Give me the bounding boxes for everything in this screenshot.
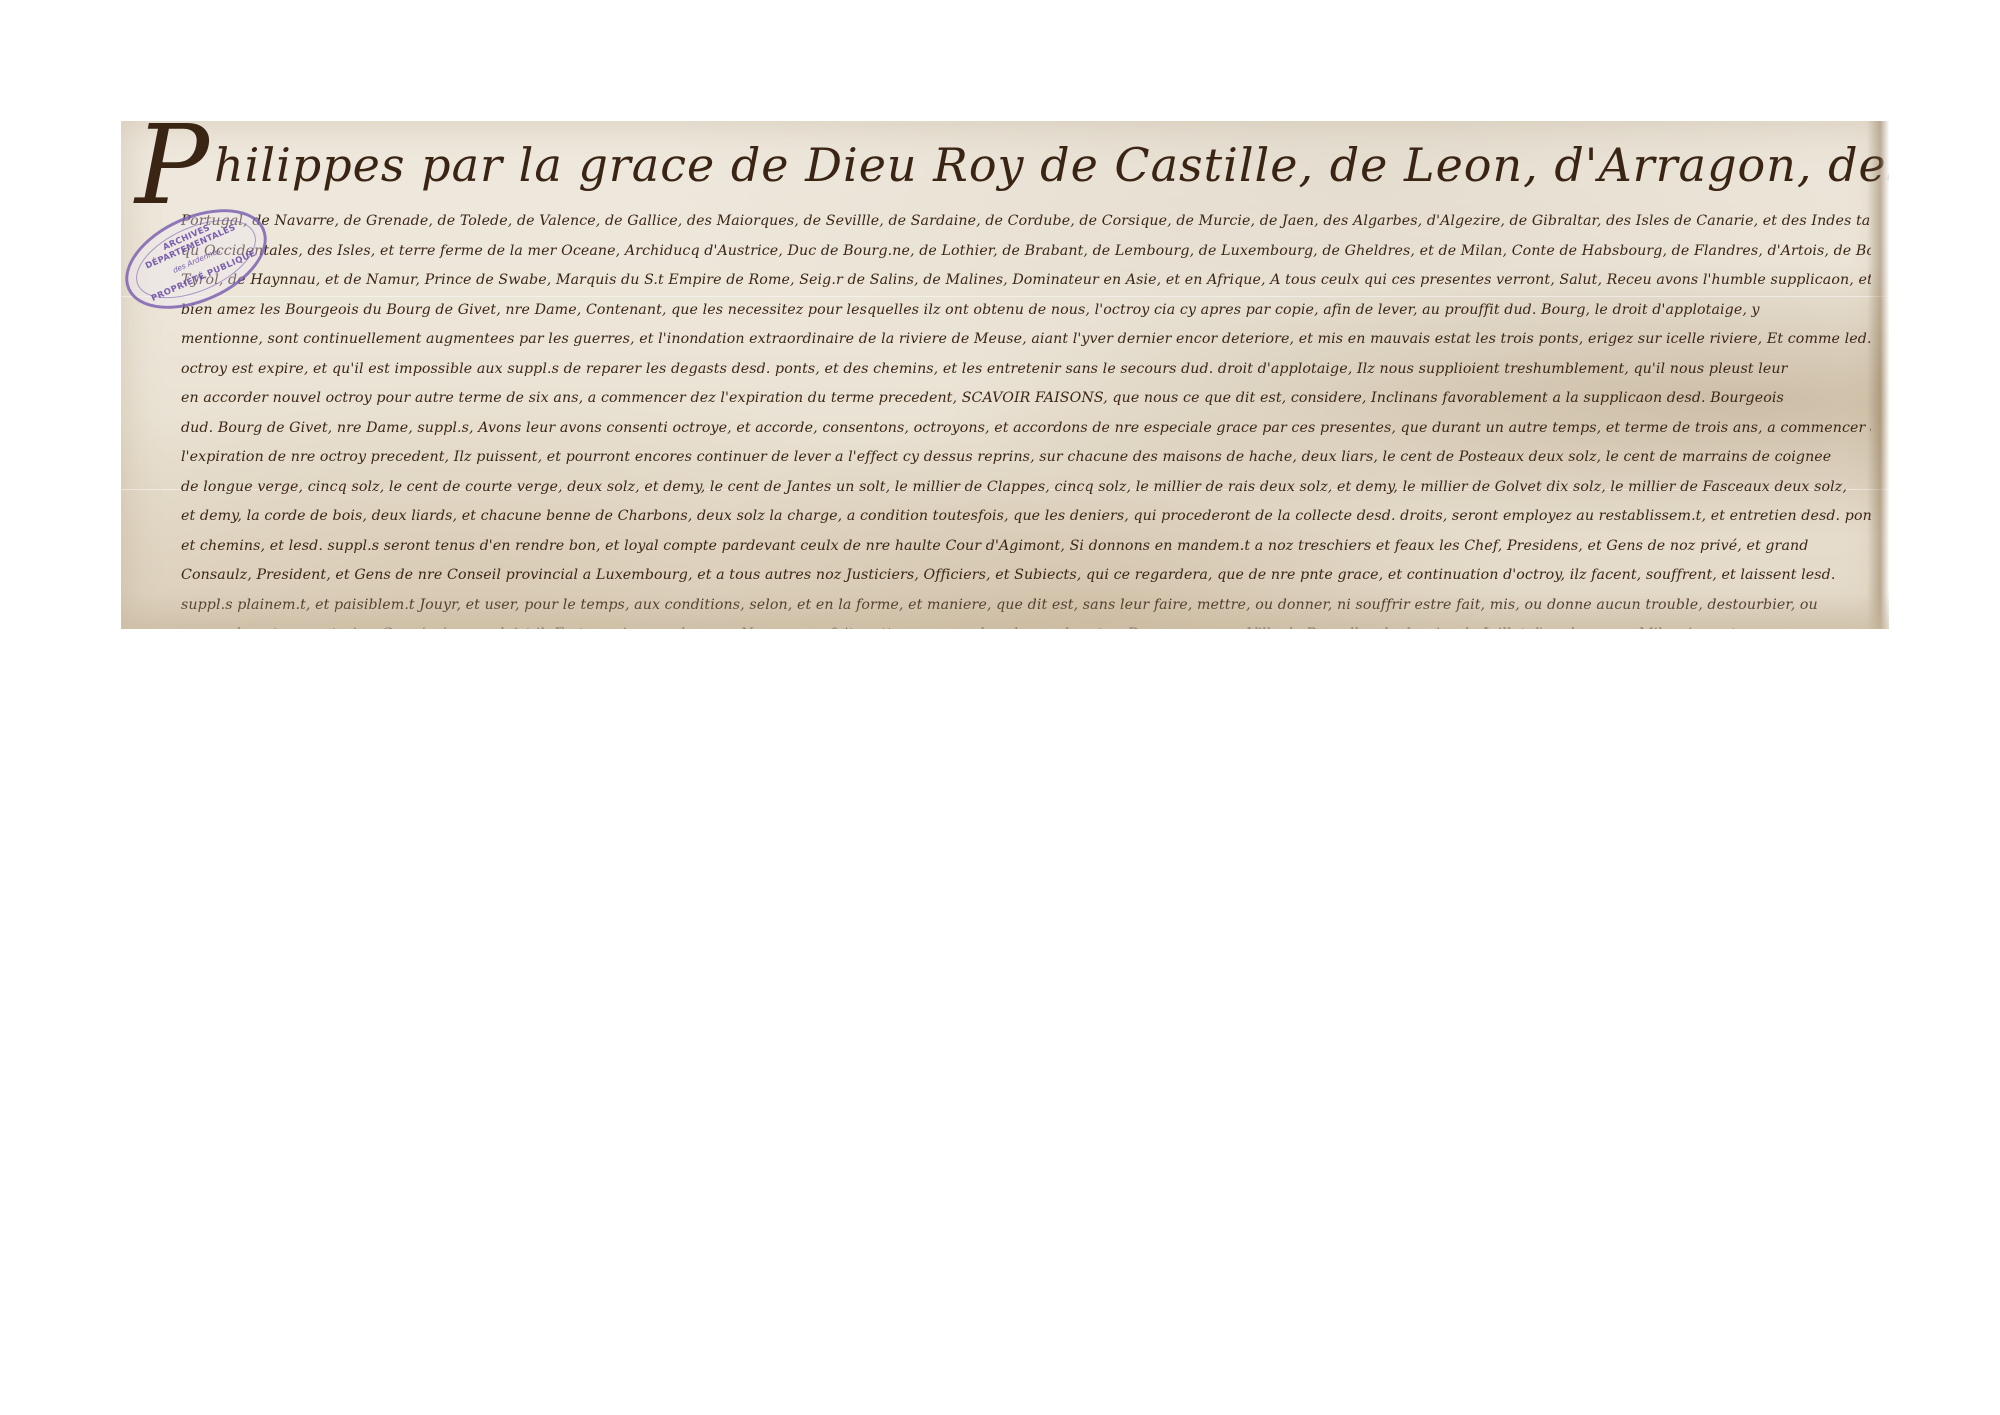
body-line: bien amez les Bourgeois du Bourg de Give… <box>181 296 1871 326</box>
body-line: et demy, la corde de bois, deux liards, … <box>181 502 1871 532</box>
body-line: suppl.s plainem.t, et paisiblem.t Jouyr,… <box>181 591 1871 621</box>
parchment-charter: Philippes par la grace de Dieu Roy de Ca… <box>121 121 1889 629</box>
body-line: et chemins, et lesd. suppl.s seront tenu… <box>181 532 1871 562</box>
body-line: mentionne, sont continuellement augmente… <box>181 325 1871 355</box>
body-line: Tyrol, de Haynnau, et de Namur, Prince d… <box>181 266 1871 296</box>
body-line: en accorder nouvel octroy pour autre ter… <box>181 390 1784 406</box>
title-text: hilippes par la grace de Dieu Roy de Cas… <box>214 138 1889 192</box>
body-line: qu Occidentales, des Isles, et terre fer… <box>181 237 1871 267</box>
body-line-with-emphasis: en accorder nouvel octroy pour autre ter… <box>181 384 1871 414</box>
charter-body: Portugal, de Navarre, de Grenade, de Tol… <box>181 207 1871 629</box>
body-line: dud. Bourg de Givet, nre Dame, suppl.s, … <box>181 414 1871 444</box>
parchment-torn-edge <box>1867 121 1889 629</box>
body-line: de longue verge, cincq solz, le cent de … <box>181 473 1871 503</box>
charter-title-line: Philippes par la grace de Dieu Roy de Ca… <box>135 135 1889 195</box>
body-line: empeschem.t au contraire, Car ainsi nous… <box>181 620 1871 629</box>
body-line: Consaulz, President, et Gens de nre Cons… <box>181 561 1871 591</box>
body-line: octroy est expire, et qu'il est impossib… <box>181 355 1871 385</box>
body-line: Portugal, de Navarre, de Grenade, de Tol… <box>181 207 1871 237</box>
body-line: l'expiration de nre octroy precedent, Il… <box>181 443 1871 473</box>
